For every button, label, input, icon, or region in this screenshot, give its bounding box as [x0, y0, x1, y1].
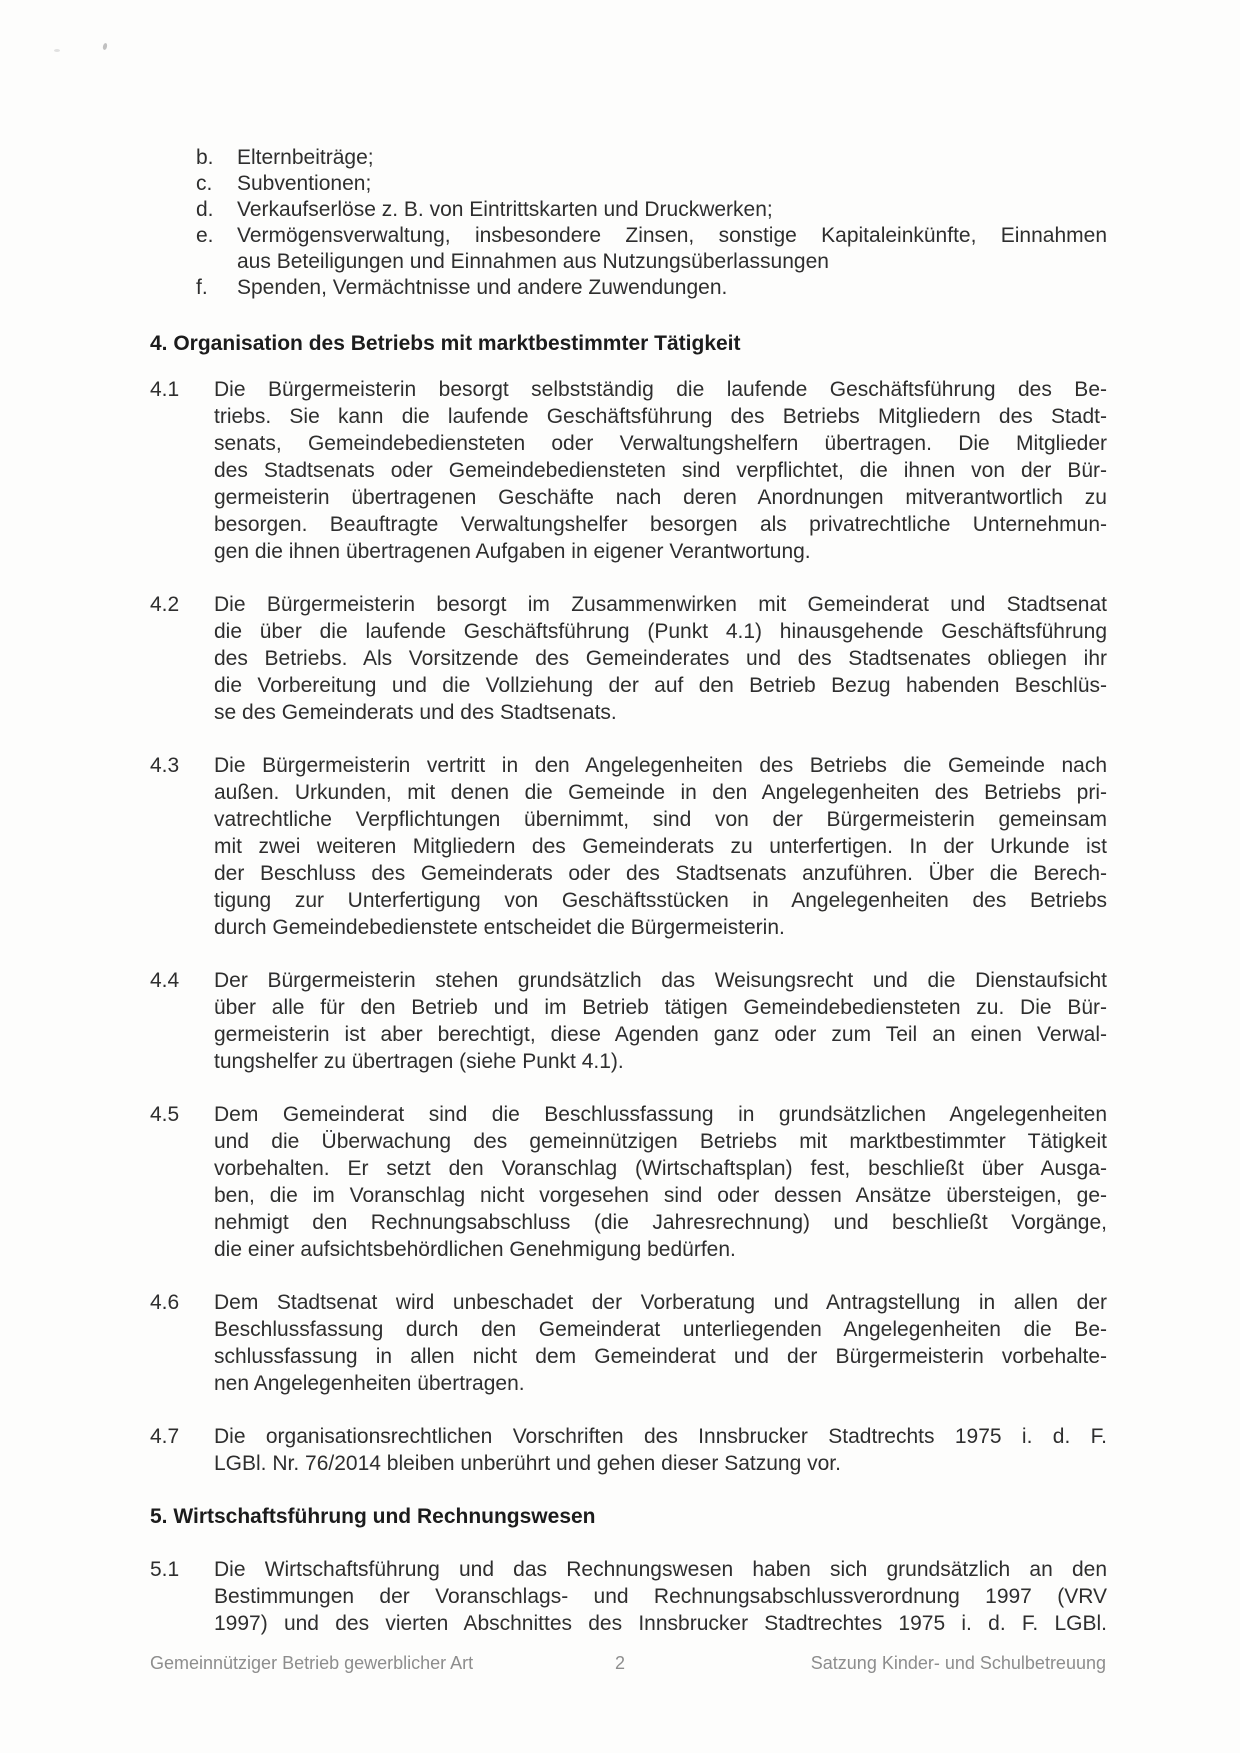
clause-text: Die Wirtschaftsführung und das Rechnungs…: [214, 1556, 1107, 1637]
clause-text: Dem Gemeinderat sind die Beschlussfassun…: [214, 1101, 1107, 1263]
section-4-heading: 4. Organisation des Betriebs mit marktbe…: [150, 330, 1107, 357]
list-item-text: Vermögensverwaltung, insbesondere Zinsen…: [237, 223, 1107, 275]
clause-number: 4.7: [150, 1423, 214, 1477]
clause-number: 5.1: [150, 1556, 214, 1637]
list-item-label: d.: [196, 197, 237, 223]
clause-text: Der Bürgermeisterin stehen grundsätzlich…: [214, 967, 1107, 1075]
clause-4-4: 4.4 Der Bürgermeisterin stehen grundsätz…: [150, 967, 1107, 1075]
footer-document-name: Satzung Kinder- und Schulbetreuung: [811, 1652, 1106, 1674]
list-item-f: f. Spenden, Vermächtnisse und andere Zuw…: [196, 275, 1107, 301]
clause-4-2: 4.2 Die Bürgermeisterin besorgt im Zusam…: [150, 591, 1107, 726]
list-item-c: c. Subventionen;: [196, 171, 1107, 197]
clause-text: Die Bürgermeisterin besorgt selbstständi…: [214, 376, 1107, 565]
clause-5-1: 5.1 Die Wirtschaftsführung und das Rechn…: [150, 1556, 1107, 1637]
document-body: b. Elternbeiträge; c. Subventionen; d. V…: [150, 145, 1107, 1663]
list-item-label: c.: [196, 171, 237, 197]
list-item-text: Elternbeiträge;: [237, 145, 1107, 171]
clause-number: 4.1: [150, 376, 214, 565]
clause-text: Die Bürgermeisterin besorgt im Zusammenw…: [214, 591, 1107, 726]
clause-4-5: 4.5 Dem Gemeinderat sind die Beschlussfa…: [150, 1101, 1107, 1263]
clause-text: Die Bürgermeisterin vertritt in den Ange…: [214, 752, 1107, 941]
clause-text: Die organisationsrechtlichen Vorschrifte…: [214, 1423, 1107, 1477]
clause-number: 4.5: [150, 1101, 214, 1263]
list-item-text: Verkaufserlöse z. B. von Eintrittskarten…: [237, 197, 1107, 223]
clause-text: Dem Stadtsenat wird unbeschadet der Vorb…: [214, 1289, 1107, 1397]
clause-4-6: 4.6 Dem Stadtsenat wird unbeschadet der …: [150, 1289, 1107, 1397]
list-item-label: e.: [196, 223, 237, 275]
scan-speck: [102, 43, 108, 51]
list-item-text: Spenden, Vermächtnisse und andere Zuwend…: [237, 275, 1107, 301]
clause-number: 4.3: [150, 752, 214, 941]
scan-speck: [54, 49, 60, 52]
clause-number: 4.2: [150, 591, 214, 726]
clause-number: 4.6: [150, 1289, 214, 1397]
clause-4-7: 4.7 Die organisationsrechtlichen Vorschr…: [150, 1423, 1107, 1477]
list-item-label: b.: [196, 145, 237, 171]
document-page: b. Elternbeiträge; c. Subventionen; d. V…: [0, 0, 1240, 1753]
list-item-text: Subventionen;: [237, 171, 1107, 197]
intro-letter-list: b. Elternbeiträge; c. Subventionen; d. V…: [196, 145, 1107, 301]
list-item-e: e. Vermögensverwaltung, insbesondere Zin…: [196, 223, 1107, 275]
list-item-b: b. Elternbeiträge;: [196, 145, 1107, 171]
clause-number: 4.4: [150, 967, 214, 1075]
section-5-heading: 5. Wirtschaftsführung und Rechnungswesen: [150, 1503, 1107, 1530]
clause-4-3: 4.3 Die Bürgermeisterin vertritt in den …: [150, 752, 1107, 941]
clause-4-1: 4.1 Die Bürgermeisterin besorgt selbstst…: [150, 376, 1107, 565]
list-item-label: f.: [196, 275, 237, 301]
list-item-d: d. Verkaufserlöse z. B. von Eintrittskar…: [196, 197, 1107, 223]
